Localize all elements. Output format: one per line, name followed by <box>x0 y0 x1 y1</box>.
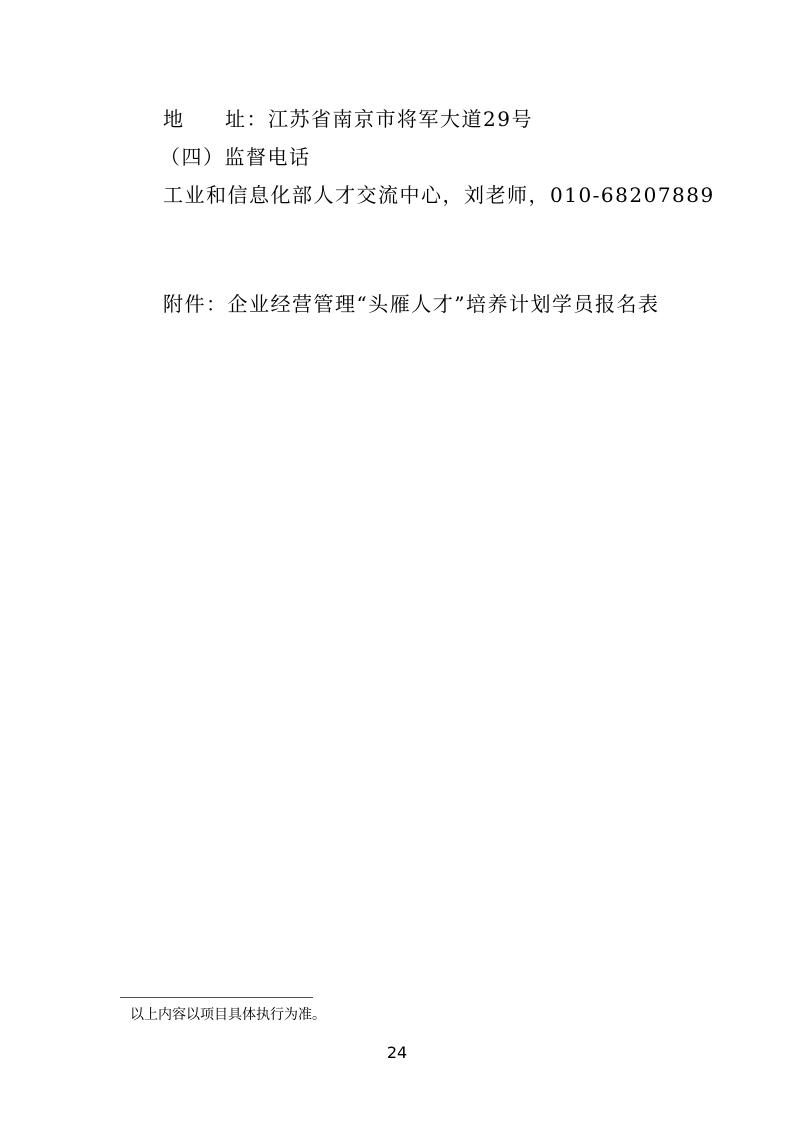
address-line: 地址：江苏省南京市将军大道29号 <box>163 107 533 131</box>
address-label-1: 地 <box>163 107 225 131</box>
section-heading: （四）监督电话 <box>160 145 311 169</box>
attachment-line: 附件：企业经营管理“头雁人才”培养计划学员报名表 <box>163 292 659 316</box>
footnote-text: 以上内容以项目具体执行为准。 <box>130 1006 326 1024</box>
contact-line: 工业和信息化部人才交流中心，刘老师，010-68207889 <box>163 183 715 207</box>
address-value: 江苏省南京市将军大道29号 <box>268 107 533 131</box>
footnote-divider <box>120 997 313 998</box>
page-number: 24 <box>0 1043 794 1062</box>
address-label-2: 址： <box>225 107 268 131</box>
